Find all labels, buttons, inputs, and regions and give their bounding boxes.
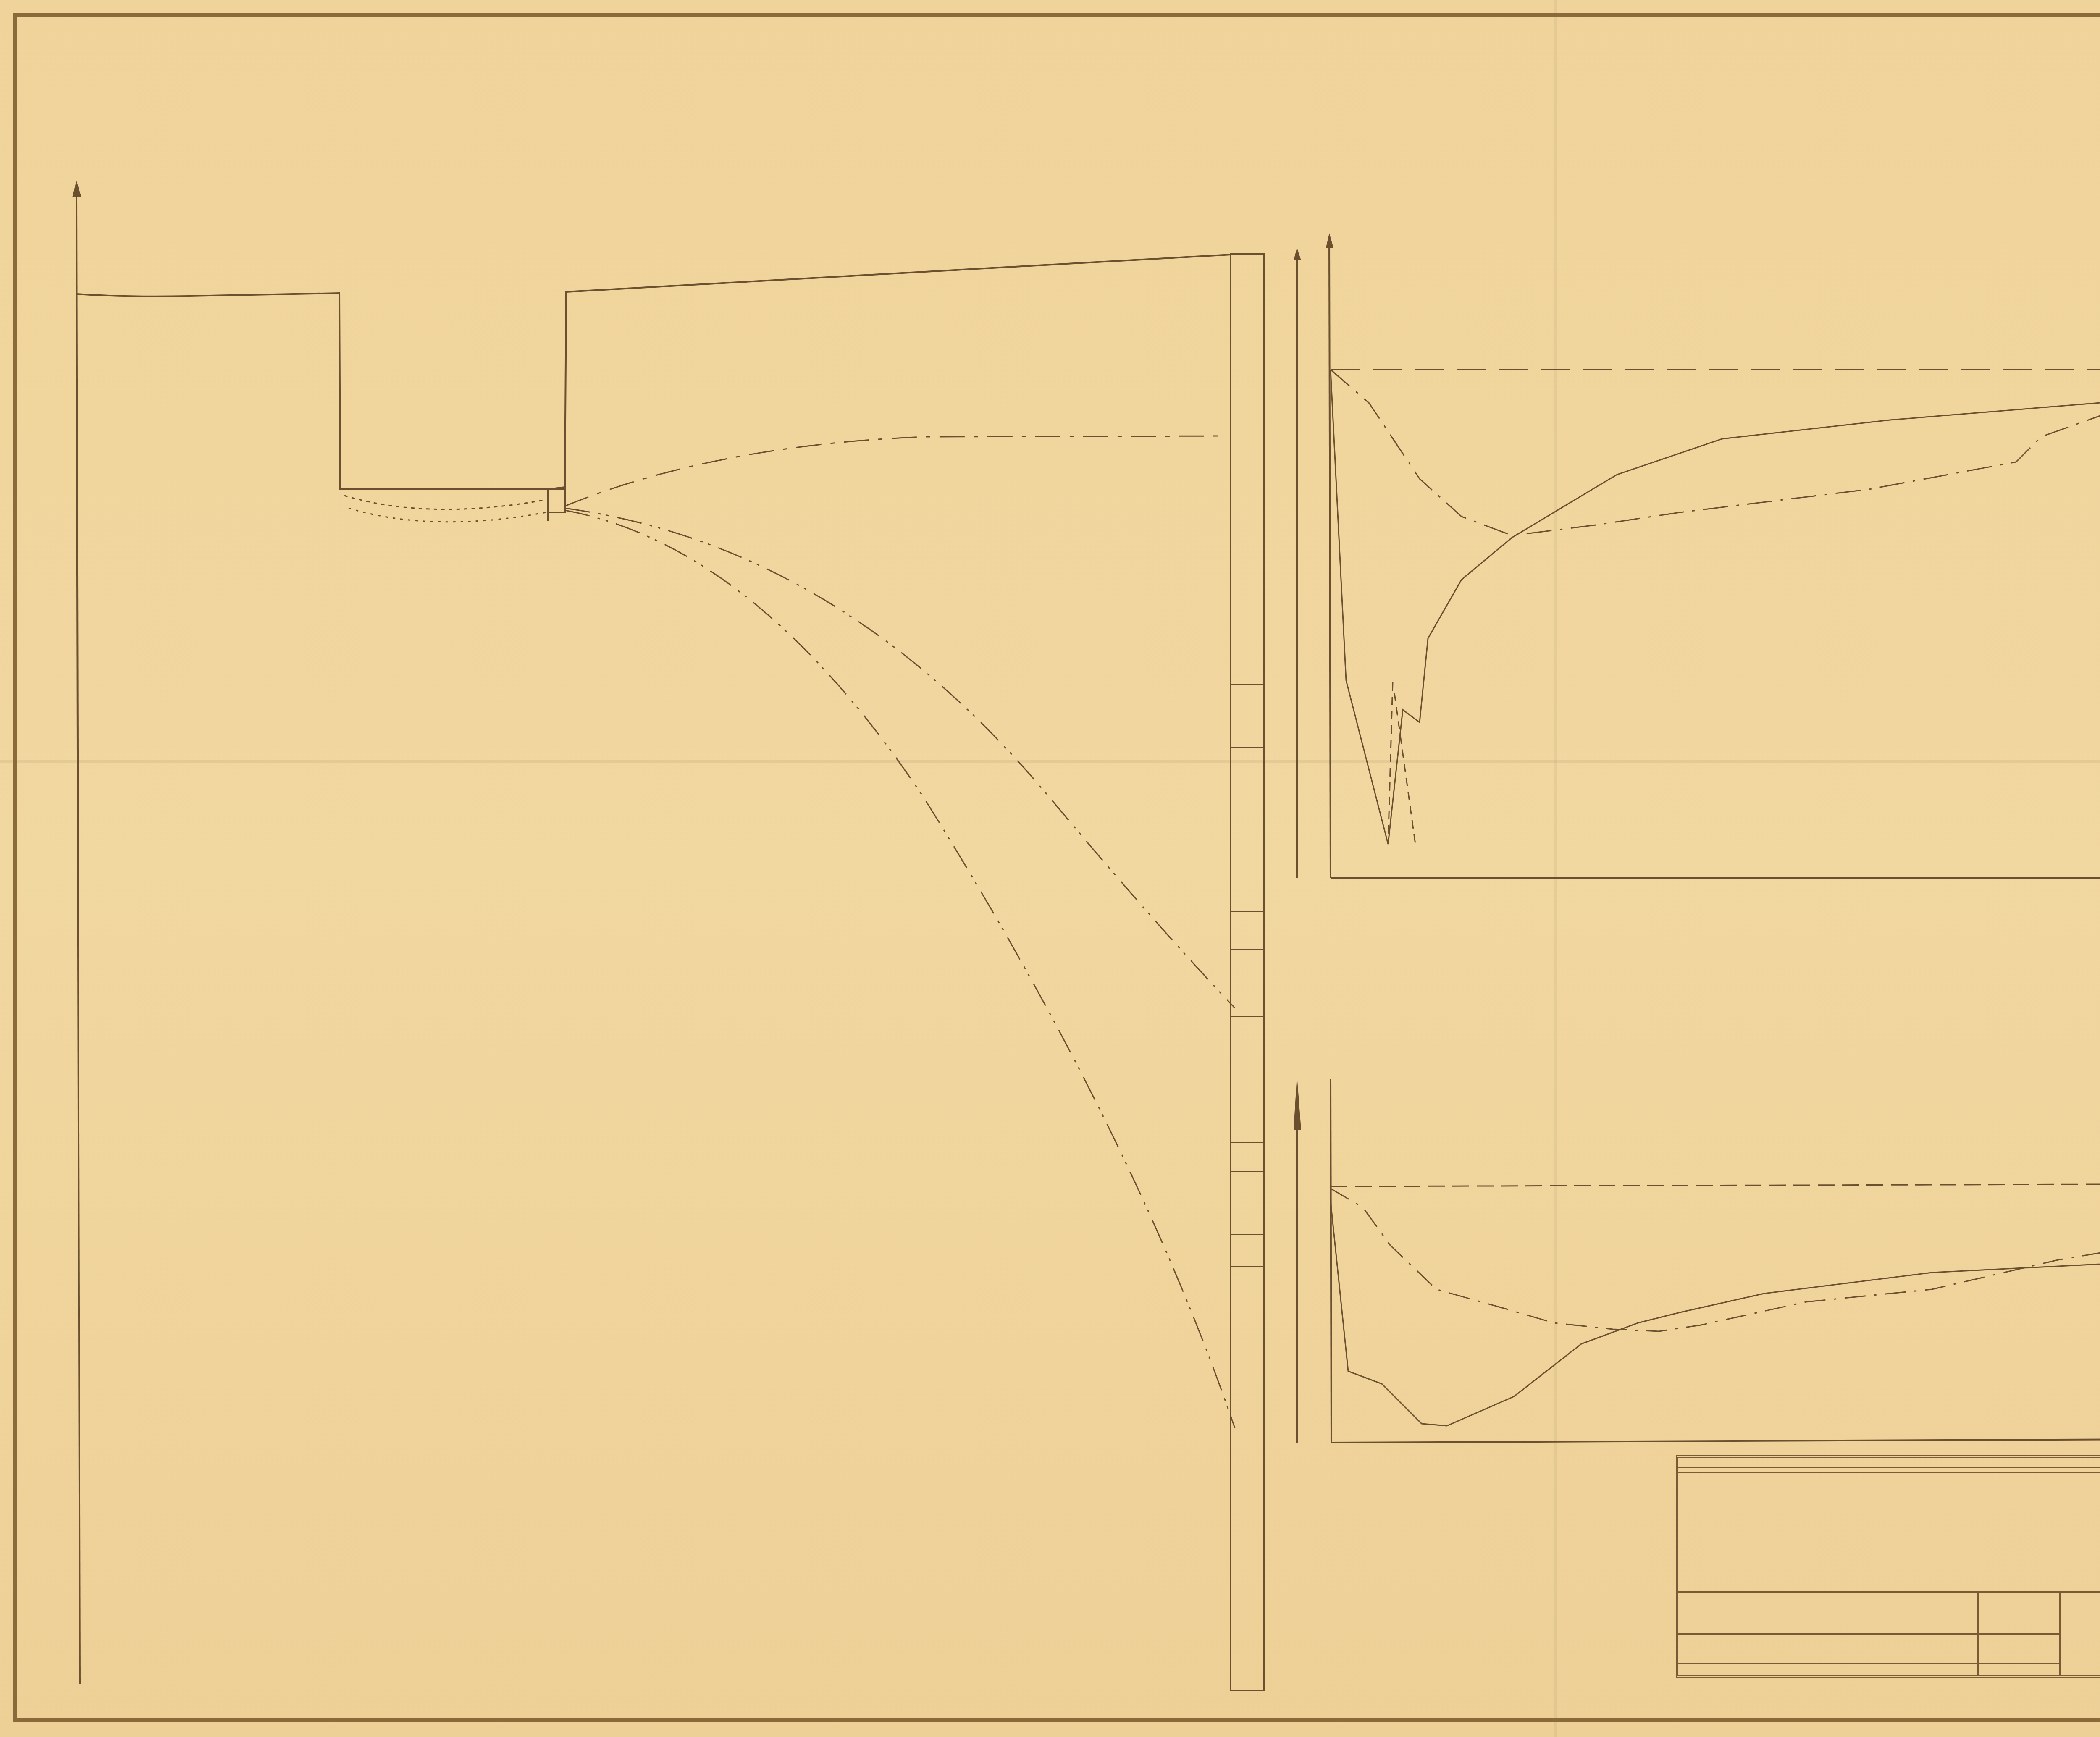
bore-pit: [548, 489, 565, 512]
ground-surface: [76, 254, 1239, 521]
compiled-cell: [1678, 1663, 1979, 1675]
org-cell: [2061, 1591, 2100, 1675]
date-cell: [1979, 1591, 2061, 1633]
chief-cell: [1678, 1633, 1979, 1663]
elevation-axis: [76, 197, 80, 1684]
hole-column: [1231, 254, 1264, 1690]
president-cell: [1678, 1591, 1979, 1633]
draft-cell: [1979, 1663, 2061, 1675]
scale-cell: [1979, 1633, 2061, 1663]
axis-arrow-icon: [72, 181, 81, 197]
title-block: [1676, 1455, 2100, 1678]
